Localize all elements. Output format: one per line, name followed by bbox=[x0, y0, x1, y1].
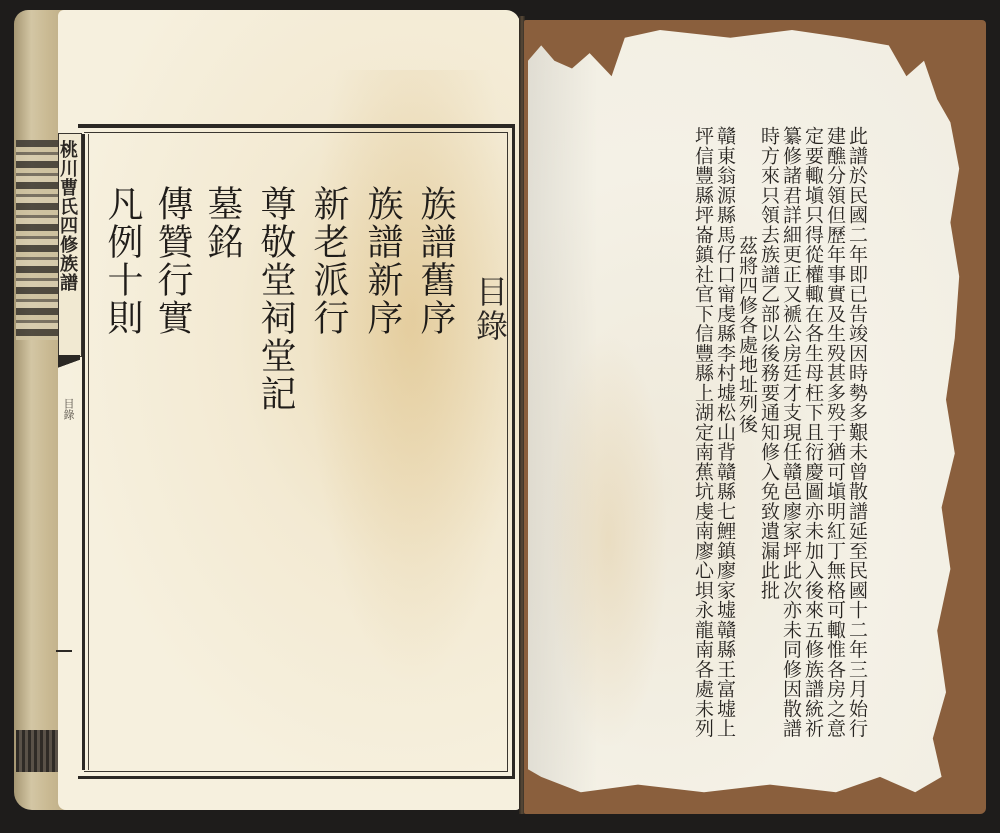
preface-column: 建醮分領但歷年事實及生殁甚多殁于猶可塡明紅丁無格可輙惟各房之意 bbox=[824, 126, 846, 738]
left-margin-rule bbox=[82, 134, 85, 770]
preface-column: 時方來只領去族譜乙部以後務要通知修入免致遺漏此批 bbox=[758, 126, 780, 600]
toc-item: 凡例十則 bbox=[102, 185, 142, 337]
book-spread: 桃川曹氏四修族譜 目錄 目錄 族譜舊序 族譜新序 新老派行 尊敬堂祠堂記 墓銘 … bbox=[0, 0, 1000, 833]
toc-item: 族譜新序 bbox=[362, 185, 402, 337]
toc-heading: 目錄 bbox=[470, 275, 510, 343]
preface-column: 贛東翁源縣馬仔口甯虔縣李村墟松山背贛縣七鯉鎮廖家墟贛縣王富墟上 bbox=[714, 126, 736, 738]
toc-item: 尊敬堂祠堂記 bbox=[255, 185, 295, 413]
fishtail-mark bbox=[58, 355, 80, 375]
left-margin-rule-thin bbox=[88, 134, 89, 770]
toc-item: 族譜舊序 bbox=[415, 185, 455, 337]
table-of-contents: 目錄 族譜舊序 族譜新序 新老派行 尊敬堂祠堂記 墓銘 傳贊行實 凡例十則 bbox=[110, 180, 510, 480]
page-number-mark bbox=[56, 650, 72, 652]
water-stain bbox=[548, 330, 668, 750]
preface-column: 纂修諸君詳細更正又褫公房廷才支現任贛邑廖家坪此次亦未同修因散譜 bbox=[780, 126, 802, 738]
toc-item: 墓銘 bbox=[202, 185, 242, 261]
preface-column: 此譜於民國二年即已告竣因時勢多艱未曾散譜延至民國十二年三月始行 bbox=[846, 126, 868, 738]
preface-column: 坪信豐縣坪崙鎮社官下信豐縣上湖定南蕉坑虔南廖心垻永龍南各處未列 bbox=[692, 126, 714, 738]
preface-column: 茲將四修各處地址列後 bbox=[736, 236, 758, 434]
section-mark: 目錄 bbox=[60, 398, 76, 420]
book-title-spine: 桃川曹氏四修族譜 bbox=[60, 140, 80, 292]
preface-column: 定要輙塡只得從權輙在各生母枉下且衍慶圖亦未加入後來五修族譜統祈 bbox=[802, 126, 824, 738]
toc-item: 新老派行 bbox=[308, 185, 348, 337]
toc-item: 傳贊行實 bbox=[152, 185, 192, 337]
preface-note: 此譜於民國二年即已告竣因時勢多艱未曾散譜延至民國十二年三月始行 建醮分領但歷年事… bbox=[688, 126, 868, 766]
